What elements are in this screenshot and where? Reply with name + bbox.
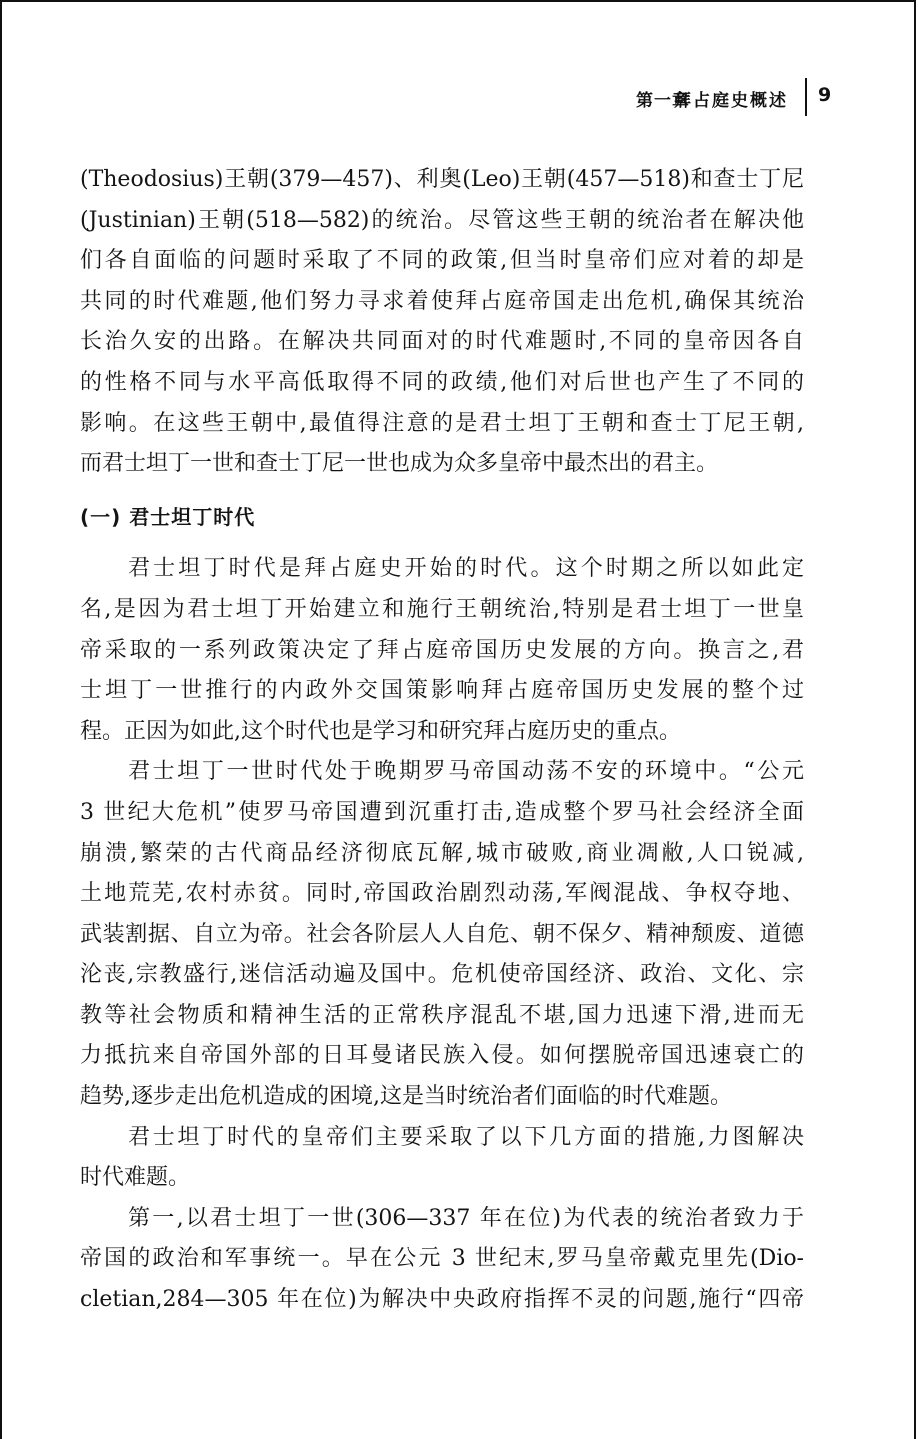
text-line: (Theodosius)王朝(379—457)、利奥(Leo)王朝(457—51… xyxy=(80,160,804,201)
text-line: cletian,284—305 年在位)为解决中央政府指挥不灵的问题,施行“四帝 xyxy=(80,1280,804,1321)
text-line: 帝采取的一系列政策决定了拜占庭帝国历史发展的方向。换言之,君 xyxy=(80,631,804,672)
text-line: 教等社会物质和精神生活的正常秩序混乱不堪,国力迅速下滑,进而无 xyxy=(80,996,804,1037)
text-line: 君士坦丁时代是拜占庭史开始的时代。这个时期之所以如此定 xyxy=(80,549,804,590)
text-line: 君士坦丁时代的皇帝们主要采取了以下几方面的措施,力图解决 xyxy=(80,1118,804,1159)
paragraph-2: 君士坦丁时代是拜占庭史开始的时代。这个时期之所以如此定 名,是因为君士坦丁开始建… xyxy=(80,549,804,752)
text-line: 时代难题。 xyxy=(80,1158,804,1199)
running-head: 第一章 拜占庭史概述 9 xyxy=(0,84,918,120)
running-head-title: 拜占庭史概述 xyxy=(674,86,788,111)
paragraph-4: 君士坦丁时代的皇帝们主要采取了以下几方面的措施,力图解决 时代难题。 xyxy=(80,1118,804,1199)
text-line: 沦丧,宗教盛行,迷信活动遍及国中。危机使帝国经济、政治、文化、宗 xyxy=(80,955,804,996)
text-line: 武装割据、自立为帝。社会各阶层人人自危、朝不保夕、精神颓废、道德 xyxy=(80,915,804,956)
text-line: 趋势,逐步走出危机造成的困境,这是当时统治者们面临的时代难题。 xyxy=(80,1077,804,1118)
text-line: 土地荒芜,农村赤贫。同时,帝国政治剧烈动荡,军阀混战、争权夺地、 xyxy=(80,874,804,915)
text-line: 帝国的政治和军事统一。早在公元 3 世纪末,罗马皇帝戴克里先(Dio- xyxy=(80,1239,804,1280)
text-line: 的性格不同与水平高低取得不同的政绩,他们对后世也产生了不同的 xyxy=(80,363,804,404)
text-line: 影响。在这些王朝中,最值得注意的是君士坦丁王朝和查士丁尼王朝, xyxy=(80,404,804,445)
text-line: 而君士坦丁一世和查士丁尼一世也成为众多皇帝中最杰出的君主。 xyxy=(80,444,804,485)
text-line: 长治久安的出路。在解决共同面对的时代难题时,不同的皇帝因各自 xyxy=(80,322,804,363)
text-line: 力抵抗来自帝国外部的日耳曼诸民族入侵。如何摆脱帝国迅速衰亡的 xyxy=(80,1036,804,1077)
text-line: (Justinian)王朝(518—582)的统治。尽管这些王朝的统治者在解决他 xyxy=(80,201,804,242)
text-line: 3 世纪大危机”使罗马帝国遭到沉重打击,造成整个罗马社会经济全面 xyxy=(80,793,804,834)
paragraph-3: 君士坦丁一世时代处于晚期罗马帝国动荡不安的环境中。“公元 3 世纪大危机”使罗马… xyxy=(80,752,804,1117)
text-line: 崩溃,繁荣的古代商品经济彻底瓦解,城市破败,商业凋敝,人口锐减, xyxy=(80,834,804,875)
paragraph-5: 第一,以君士坦丁一世(306—337 年在位)为代表的统治者致力于 帝国的政治和… xyxy=(80,1199,804,1321)
text-line: 们各自面临的问题时采取了不同的政策,但当时皇帝们应对着的却是 xyxy=(80,241,804,282)
text-line: 第一,以君士坦丁一世(306—337 年在位)为代表的统治者致力于 xyxy=(80,1199,804,1240)
page-number: 9 xyxy=(818,84,831,106)
running-head-divider xyxy=(805,78,807,116)
section-heading: (一) 君士坦丁时代 xyxy=(80,497,804,538)
text-line: 共同的时代难题,他们努力寻求着使拜占庭帝国走出危机,确保其统治 xyxy=(80,282,804,323)
body-text: (Theodosius)王朝(379—457)、利奥(Leo)王朝(457—51… xyxy=(80,160,804,1321)
text-line: 士坦丁一世推行的内政外交国策影响拜占庭帝国历史发展的整个过 xyxy=(80,671,804,712)
text-line: 君士坦丁一世时代处于晚期罗马帝国动荡不安的环境中。“公元 xyxy=(80,752,804,793)
paragraph-1: (Theodosius)王朝(379—457)、利奥(Leo)王朝(457—51… xyxy=(80,160,804,485)
text-line: 名,是因为君士坦丁开始建立和施行王朝统治,特别是君士坦丁一世皇 xyxy=(80,590,804,631)
text-line: 程。正因为如此,这个时代也是学习和研究拜占庭历史的重点。 xyxy=(80,712,804,753)
